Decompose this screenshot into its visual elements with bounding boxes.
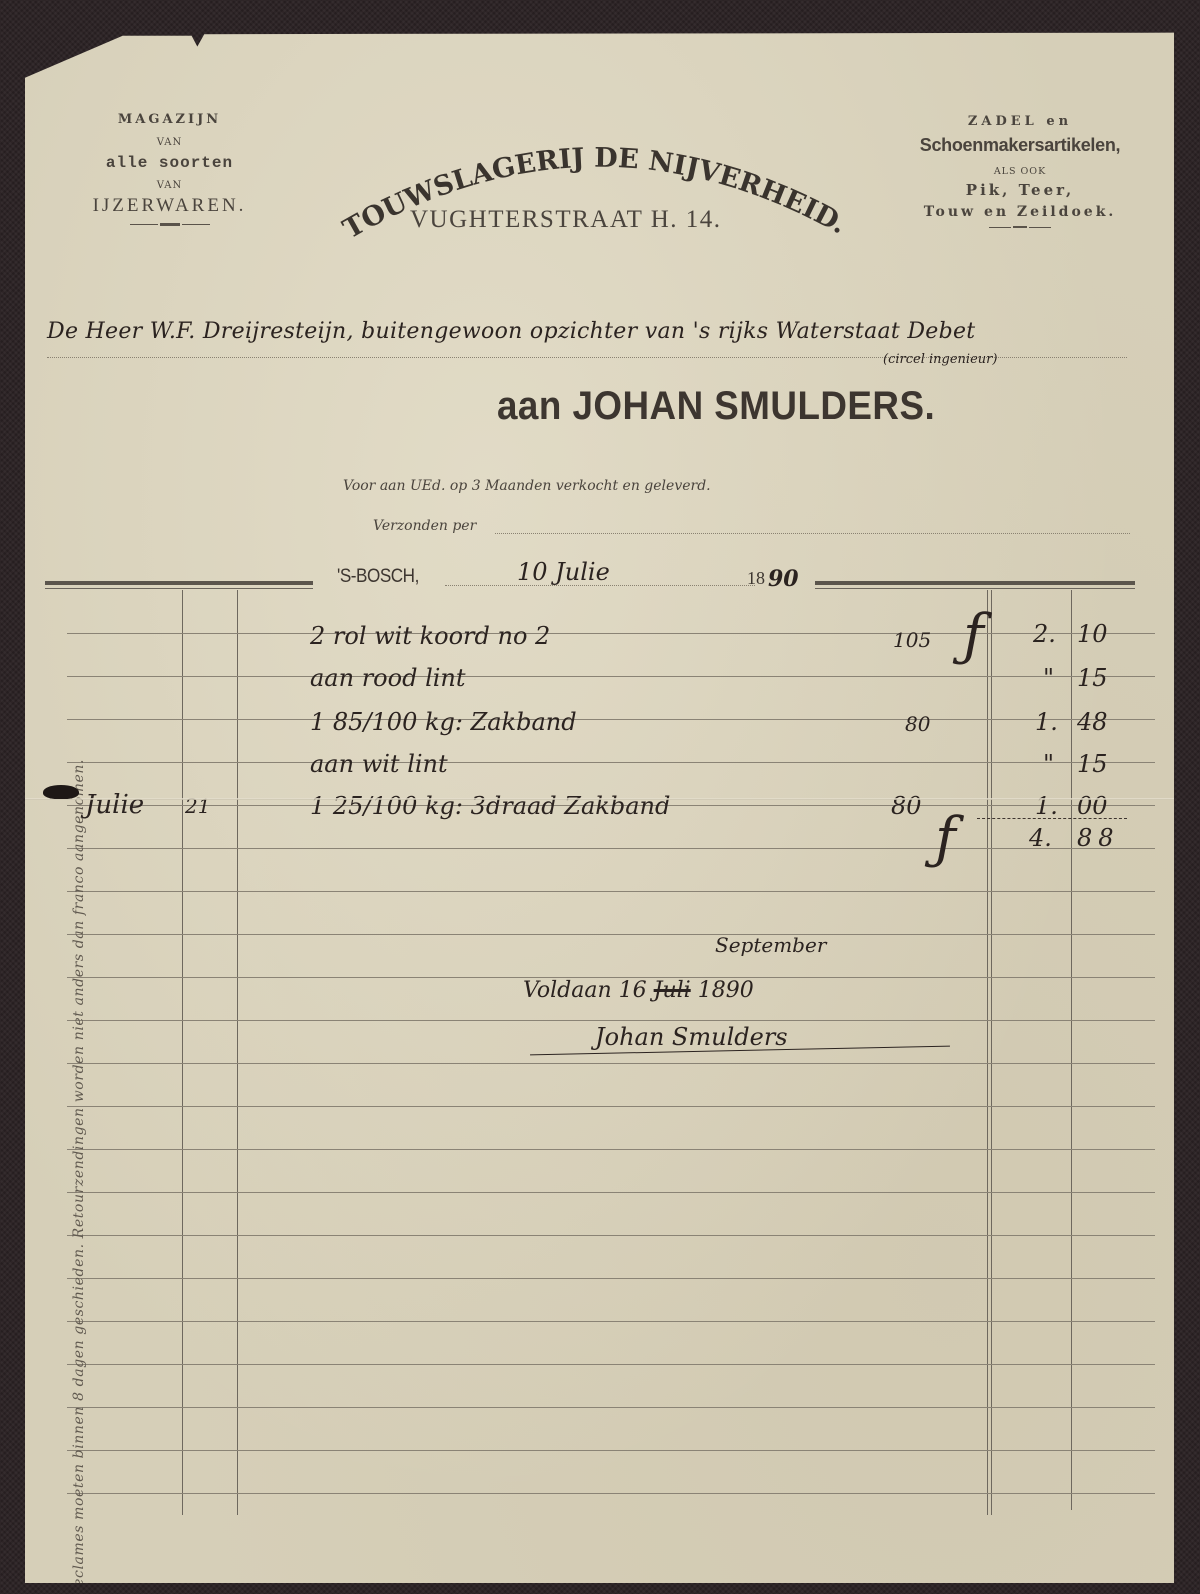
- header-right-line2: Schoenmakersartikelen,: [885, 135, 1155, 156]
- header-left-line2: VAN: [47, 137, 292, 148]
- ledger-rule-line: [67, 719, 1155, 720]
- column-divider-amount-a: [987, 590, 988, 1515]
- ledger-rule-line: [67, 762, 1155, 763]
- total-cents: 88: [1077, 824, 1120, 852]
- paper-tear: [43, 785, 79, 799]
- year-handwritten: 90: [768, 566, 799, 592]
- ledger-rule-line: [67, 1450, 1155, 1451]
- item-cents: 48: [1077, 708, 1108, 736]
- ledger-rule-line: [67, 1235, 1155, 1236]
- year-prefix: 18: [747, 568, 765, 589]
- ledger-rule-line: [67, 1149, 1155, 1150]
- item-description: aan wit lint: [310, 750, 448, 778]
- ornament-divider: [885, 226, 1155, 228]
- item-guilders: 1.: [1035, 708, 1058, 736]
- addressee-name: De Heer W.F. Dreijresteijn, buitengewoon…: [47, 319, 975, 344]
- ledger-rule-line: [67, 676, 1155, 677]
- place-name: 'S-BOSCH,: [337, 566, 419, 588]
- total-guilders: 4.: [1029, 824, 1052, 852]
- ledger-rule-line: [67, 633, 1155, 634]
- margin-note: Reclames moeten binnen 8 dagen geschiede…: [71, 759, 87, 1594]
- item-guilders: ": [1043, 750, 1054, 778]
- ledger-rule-line: [67, 1321, 1155, 1322]
- column-divider-day: [182, 590, 183, 1515]
- ledger-rule-line: [67, 1364, 1155, 1365]
- ledger-rule-line: [67, 891, 1155, 892]
- debet-label: Debet: [907, 319, 975, 344]
- header-left-line3: alle soorten: [47, 154, 292, 172]
- item-cents: 10: [1077, 620, 1108, 648]
- item-guilders: ": [1043, 664, 1054, 692]
- florin-sign: ƒ: [963, 603, 984, 668]
- ledger-rule-line: [67, 848, 1155, 849]
- rule-thin-left: [45, 588, 313, 589]
- item-description: 2 rol wit koord no 2: [310, 622, 550, 650]
- item-unit-price: 105: [893, 628, 931, 652]
- header-right-block: ZADEL en Schoenmakersartikelen, ALS OOK …: [885, 114, 1155, 228]
- item-cents: 15: [1077, 750, 1108, 778]
- invoice-paper: MAGAZIJN VAN alle soorten VAN IJZERWAREN…: [25, 28, 1174, 1583]
- header-left-line4: VAN: [47, 180, 292, 191]
- item-description: 1 25/100 kg: 3draad Zakband: [310, 792, 670, 820]
- business-address: VUGHTERSTRAAT H. 14.: [410, 206, 722, 234]
- header-right-line3: ALS OOK: [885, 166, 1155, 177]
- item-month: Julie: [85, 790, 144, 820]
- header-right-line5: Touw en Zeildoek.: [885, 204, 1155, 220]
- ledger-rule-line: [67, 1278, 1155, 1279]
- rule-thick-right: [815, 581, 1135, 585]
- column-divider-amount-b: [991, 590, 992, 1515]
- item-unit-price: 80: [905, 712, 930, 736]
- item-description: aan rood lint: [310, 664, 466, 692]
- sale-terms: Voor aan UEd. op 3 Maanden verkocht en g…: [343, 478, 711, 494]
- shipping-field: [495, 533, 1130, 534]
- item-cents: 00: [1077, 792, 1108, 820]
- ledger-rule-line: [67, 1106, 1155, 1107]
- signature: Johan Smulders: [595, 1023, 788, 1051]
- ledger-rule-line: [67, 1020, 1155, 1021]
- header-right-line4: Pik, Teer,: [885, 181, 1155, 199]
- item-unit-price: 80: [891, 792, 922, 820]
- invoice-date: 10 Julie: [517, 558, 610, 586]
- item-cents: 15: [1077, 664, 1108, 692]
- settlement-paid-line: Voldaan 16 Juli 1890: [523, 978, 754, 1003]
- paper-fold: [25, 798, 1174, 800]
- item-guilders: 2.: [1033, 620, 1056, 648]
- column-divider-description: [237, 590, 238, 1515]
- header-left-line5: IJZERWAREN.: [47, 195, 292, 217]
- header-left-block: MAGAZIJN VAN alle soorten VAN IJZERWAREN…: [47, 112, 292, 226]
- rule-thick-left: [45, 581, 313, 585]
- ledger-table: [45, 590, 1135, 1570]
- ornament-divider: [47, 223, 292, 226]
- ledger-rule-line: [67, 1493, 1155, 1494]
- ledger-rule-line: [67, 934, 1155, 935]
- addressee-note: (circel ingenieur): [883, 352, 997, 367]
- item-description: 1 85/100 kg: Zakband: [310, 708, 577, 736]
- ledger-rule-line: [67, 1063, 1155, 1064]
- ledger-rule-line: [67, 1407, 1155, 1408]
- header-left-line1: MAGAZIJN: [47, 112, 292, 127]
- settlement-correction: September: [715, 933, 826, 957]
- ledger-rule-line: [67, 1192, 1155, 1193]
- shipping-label: Verzonden per: [373, 518, 476, 534]
- struck-month: Juli: [654, 978, 691, 1003]
- total-separator: [977, 818, 1127, 819]
- seller-name: aan JOHAN SMULDERS.: [497, 384, 935, 429]
- item-guilders: 1.: [1035, 792, 1058, 820]
- business-name-arch: TOUWSLAGERIJ DE NIJVERHEID.: [295, 118, 895, 268]
- column-divider-cents: [1071, 590, 1072, 1510]
- florin-sign-total: ƒ: [935, 806, 956, 871]
- header-right-line1: ZADEL en: [885, 114, 1155, 129]
- rule-thin-right: [815, 588, 1135, 589]
